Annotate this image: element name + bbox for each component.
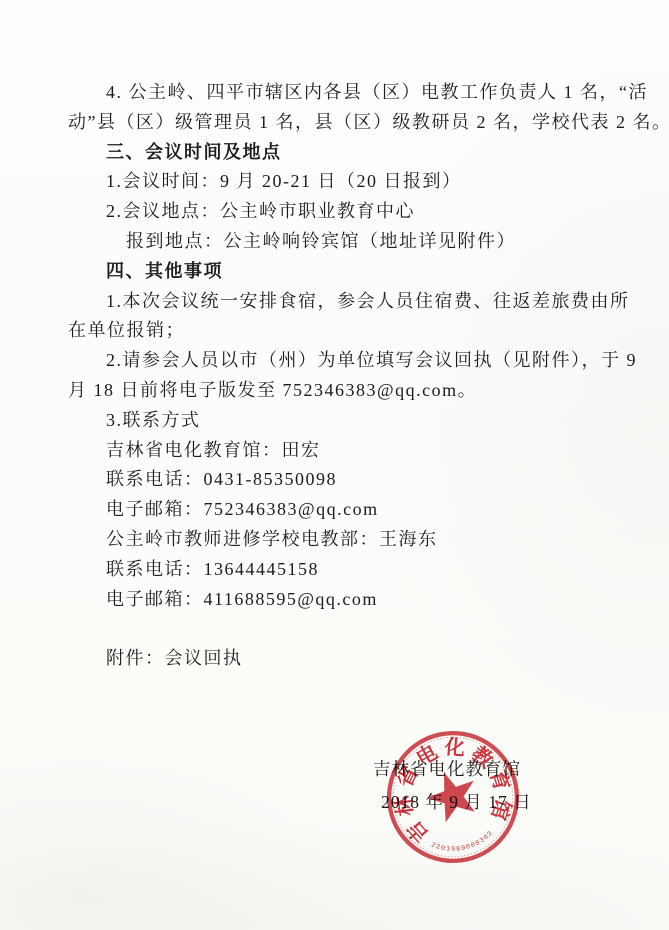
seal-graphic: 吉林省电化教育馆 2201980000303 (382, 726, 524, 868)
document-page: 4. 公主岭、四平市辖区内各县（区）电教工作负责人 1 名，“活 动”县（区）级… (0, 0, 669, 930)
blank-line (68, 614, 617, 644)
body-line: 联系电话：0431-85350098 (68, 465, 617, 495)
body-line: 电子邮箱：752346383@qq.com (68, 495, 617, 525)
body-line: 2.请参会人员以市（州）为单位填写会议回执（见附件），于 9 (68, 346, 617, 376)
body-line: 2.会议地点：公主岭市职业教育中心 (68, 197, 617, 227)
seal-star-icon (420, 764, 483, 826)
body-line: 电子邮箱：411688595@qq.com (68, 585, 617, 615)
body-line: 吉林省电化教育馆：田宏 (68, 436, 617, 466)
body-line: 1.会议时间：9 月 20-21 日（20 日报到） (68, 167, 617, 197)
body-line: 月 18 日前将电子版发至 752346383@qq.com。 (68, 376, 617, 406)
body-line: 联系电话：13644445158 (68, 555, 617, 585)
body-line: 3.联系方式 (68, 406, 617, 436)
body-line: 1.本次会议统一安排食宿，参会人员住宿费、往返差旅费由所 (68, 287, 617, 317)
official-seal: 吉林省电化教育馆 2201980000303 (382, 726, 524, 868)
document-body: 4. 公主岭、四平市辖区内各县（区）电教工作负责人 1 名，“活 动”县（区）级… (68, 78, 617, 674)
body-line: 动”县（区）级管理员 1 名，县（区）级教研员 2 名，学校代表 2 名。 (68, 108, 617, 138)
body-line: 报到地点：公主岭响铃宾馆（地址详见附件） (68, 227, 617, 257)
body-line: 公主岭市教师进修学校电教部：王海东 (68, 525, 617, 555)
body-line: 在单位报销； (68, 316, 617, 346)
body-line: 4. 公主岭、四平市辖区内各县（区）电教工作负责人 1 名，“活 (68, 78, 617, 108)
section-heading: 四、其他事项 (68, 257, 617, 287)
section-heading: 三、会议时间及地点 (68, 138, 617, 168)
attachment-line: 附件：会议回执 (68, 644, 617, 674)
